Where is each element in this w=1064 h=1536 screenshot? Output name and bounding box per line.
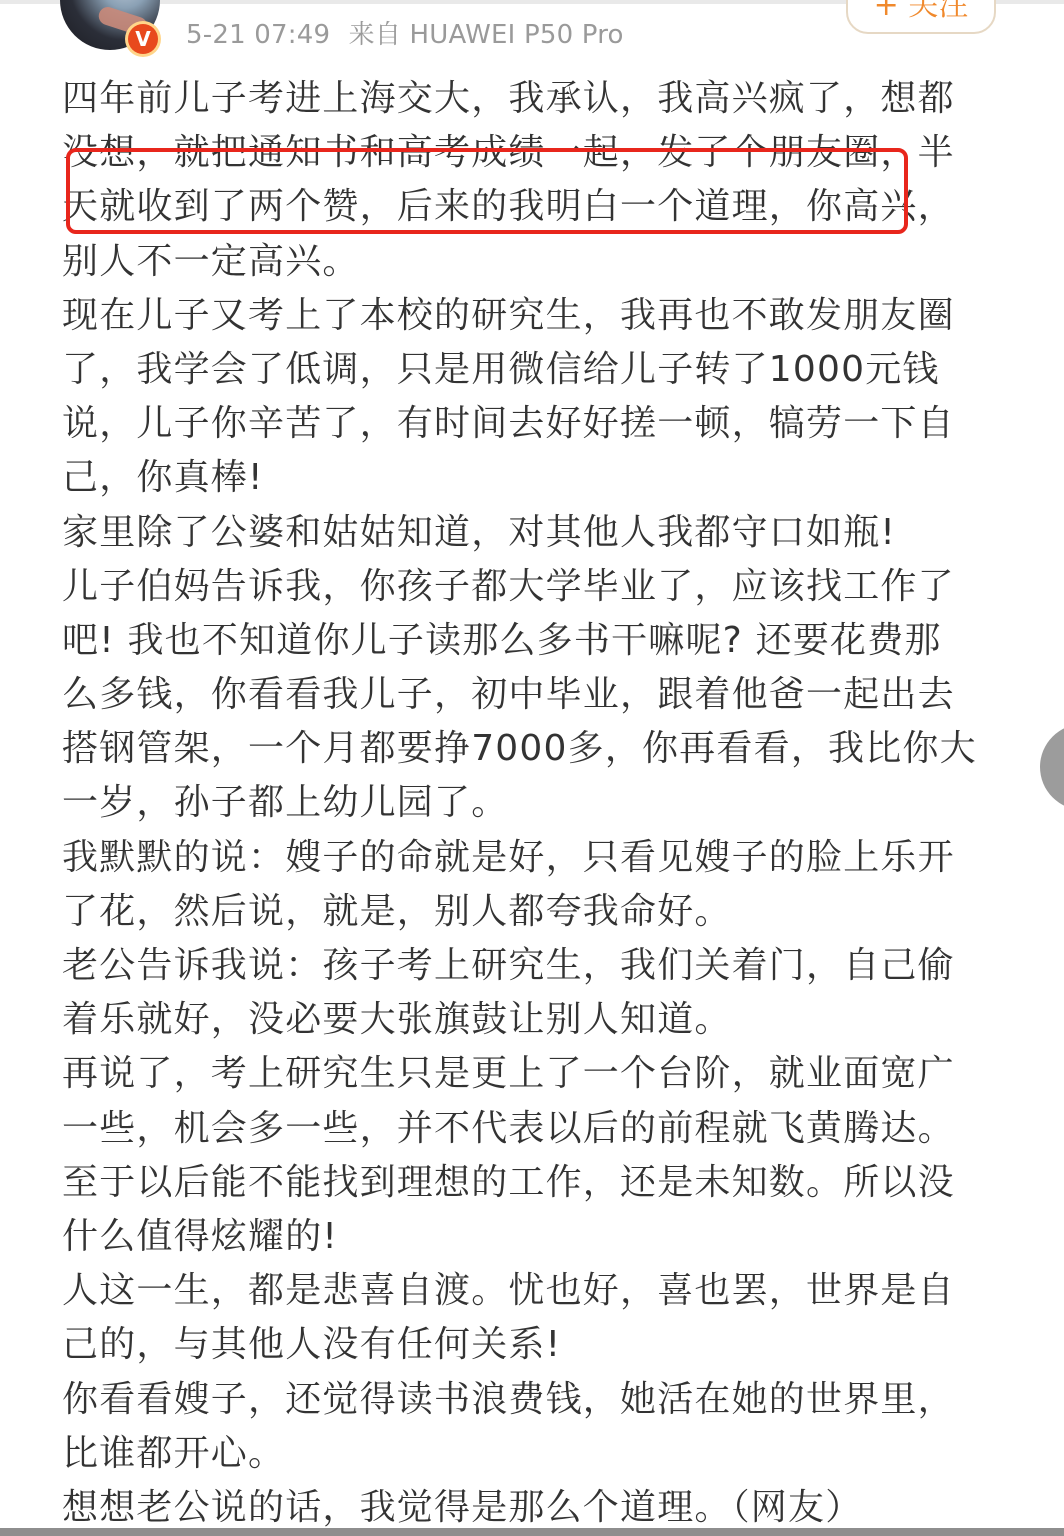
post-line: 说，儿子你辛苦了，有时间去好好搓一顿，犒劳一下自	[62, 397, 982, 451]
source-prefix: 来自	[349, 20, 401, 50]
post-line: 己，你真棒!	[62, 451, 982, 505]
post-line: 别人不一定高兴。	[62, 235, 982, 289]
post-line: 至于以后能不能找到理想的工作，还是未知数。所以没	[62, 1156, 982, 1210]
post-line: 现在儿子又考上了本校的研究生，我再也不敢发朋友圈	[62, 289, 982, 343]
floating-scroll-handle[interactable]	[1040, 724, 1064, 810]
follow-button[interactable]: + 关注	[846, 0, 996, 34]
post-line: 了花，然后说，就是，别人都夸我命好。	[62, 885, 982, 939]
post-line: 什么值得炫耀的!	[62, 1210, 982, 1264]
post-line: 儿子伯妈告诉我，你孩子都大学毕业了，应该找工作了	[62, 560, 982, 614]
post-timestamp: 5-21 07:49	[186, 20, 330, 50]
source-device[interactable]: HUAWEI P50 Pro	[410, 20, 624, 50]
post-line: 你看看嫂子，还觉得读书浪费钱，她活在她的世界里，	[62, 1373, 982, 1427]
post-line: 四年前儿子考进上海交大，我承认，我高兴疯了，想都	[62, 72, 982, 126]
post-line: 没想，就把通知书和高考成绩一起，发了个朋友圈，半	[62, 126, 982, 180]
post-line: 己的，与其他人没有任何关系!	[62, 1318, 982, 1372]
post-body-text: 四年前儿子考进上海交大，我承认，我高兴疯了，想都 没想，就把通知书和高考成绩一起…	[62, 72, 982, 1535]
post-line: 再说了，考上研究生只是更上了一个台阶，就业面宽广	[62, 1047, 982, 1101]
post-line: 家里除了公婆和姑姑知道，对其他人我都守口如瓶!	[62, 506, 982, 560]
verified-v-badge-icon: V	[128, 24, 158, 54]
post-line: 老公告诉我说：孩子考上研究生，我们关着门，自己偷	[62, 939, 982, 993]
post-line: 了，我学会了低调，只是用微信给儿子转了1000元钱	[62, 343, 982, 397]
bottom-edge-bar	[0, 1528, 1064, 1536]
post-line: 人这一生，都是悲喜自渡。忧也好，喜也罢，世界是自	[62, 1264, 982, 1318]
post-header: V 5-21 07:49 来自 HUAWEI P50 Pro + 关注	[0, 0, 1064, 60]
post-line: 天就收到了两个赞，后来的我明白一个道理，你高兴，	[62, 180, 982, 234]
post-line: 一些，机会多一些，并不代表以后的前程就飞黄腾达。	[62, 1102, 982, 1156]
post-line: 搭钢管架，一个月都要挣7000多，你再看看，我比你大	[62, 722, 982, 776]
post-line: 吧! 我也不知道你儿子读那么多书干嘛呢? 还要花费那	[62, 614, 982, 668]
post-meta: 5-21 07:49 来自 HUAWEI P50 Pro	[186, 14, 624, 51]
post-line: 比谁都开心。	[62, 1427, 982, 1481]
post-line: 一岁，孙子都上幼儿园了。	[62, 776, 982, 830]
post-line: 么多钱，你看看我儿子，初中毕业，跟着他爸一起出去	[62, 668, 982, 722]
post-line: 着乐就好，没必要大张旗鼓让别人知道。	[62, 993, 982, 1047]
post-line: 我默默的说：嫂子的命就是好，只看见嫂子的脸上乐开	[62, 831, 982, 885]
post-line: 想想老公说的话，我觉得是那么个道理。（网友）	[62, 1481, 982, 1535]
